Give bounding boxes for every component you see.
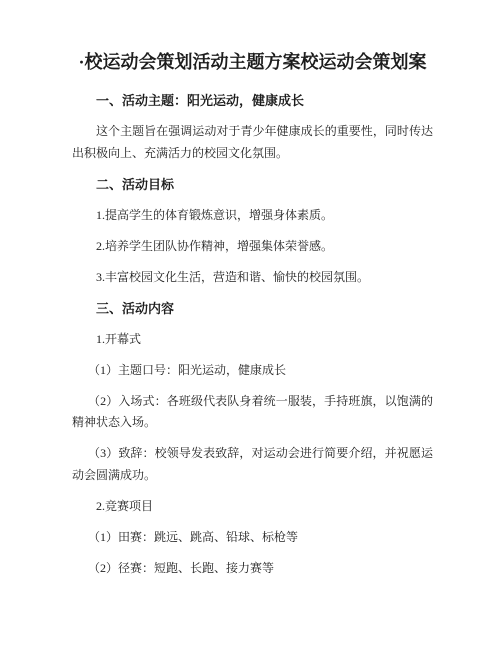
- paragraph: 1.开幕式: [72, 329, 433, 351]
- document-title: ·校运动会策划活动主题方案校运动会策划案: [64, 50, 441, 75]
- paragraph: （1）主题口号：阳光运动，健康成长: [72, 360, 433, 382]
- document-page: ·校运动会策划活动主题方案校运动会策划案 一、活动主题：阳光运动，健康成长这个主…: [0, 0, 500, 647]
- section-heading: 一、活动主题：阳光运动，健康成长: [72, 90, 433, 112]
- paragraph: 3.丰富校园文化生活，营造和谐、愉快的校园氛围。: [72, 267, 433, 289]
- paragraph: （2）入场式：各班级代表队身着统一服装，手持班旗，以饱满的精神状态入场。: [72, 391, 433, 434]
- paragraph: 1.提高学生的体育锻炼意识，增强身体素质。: [72, 205, 433, 227]
- section-heading: 二、活动目标: [72, 174, 433, 196]
- paragraph: （3）致辞：校领导发表致辞，对运动会进行简要介绍，并祝愿运动会圆满成功。: [72, 443, 433, 486]
- paragraph: 这个主题旨在强调运动对于青少年健康成长的重要性，同时传达出积极向上、充满活力的校…: [72, 121, 433, 164]
- paragraph: （2）径赛：短跑、长跑、接力赛等: [72, 558, 433, 580]
- paragraph: 2.培养学生团队协作精神，增强集体荣誉感。: [72, 236, 433, 258]
- paragraph: 2.竞赛项目: [72, 496, 433, 518]
- section-heading: 三、活动内容: [72, 298, 433, 320]
- document-body: 一、活动主题：阳光运动，健康成长这个主题旨在强调运动对于青少年健康成长的重要性，…: [72, 90, 433, 579]
- paragraph: （1）田赛：跳远、跳高、铅球、标枪等: [72, 527, 433, 549]
